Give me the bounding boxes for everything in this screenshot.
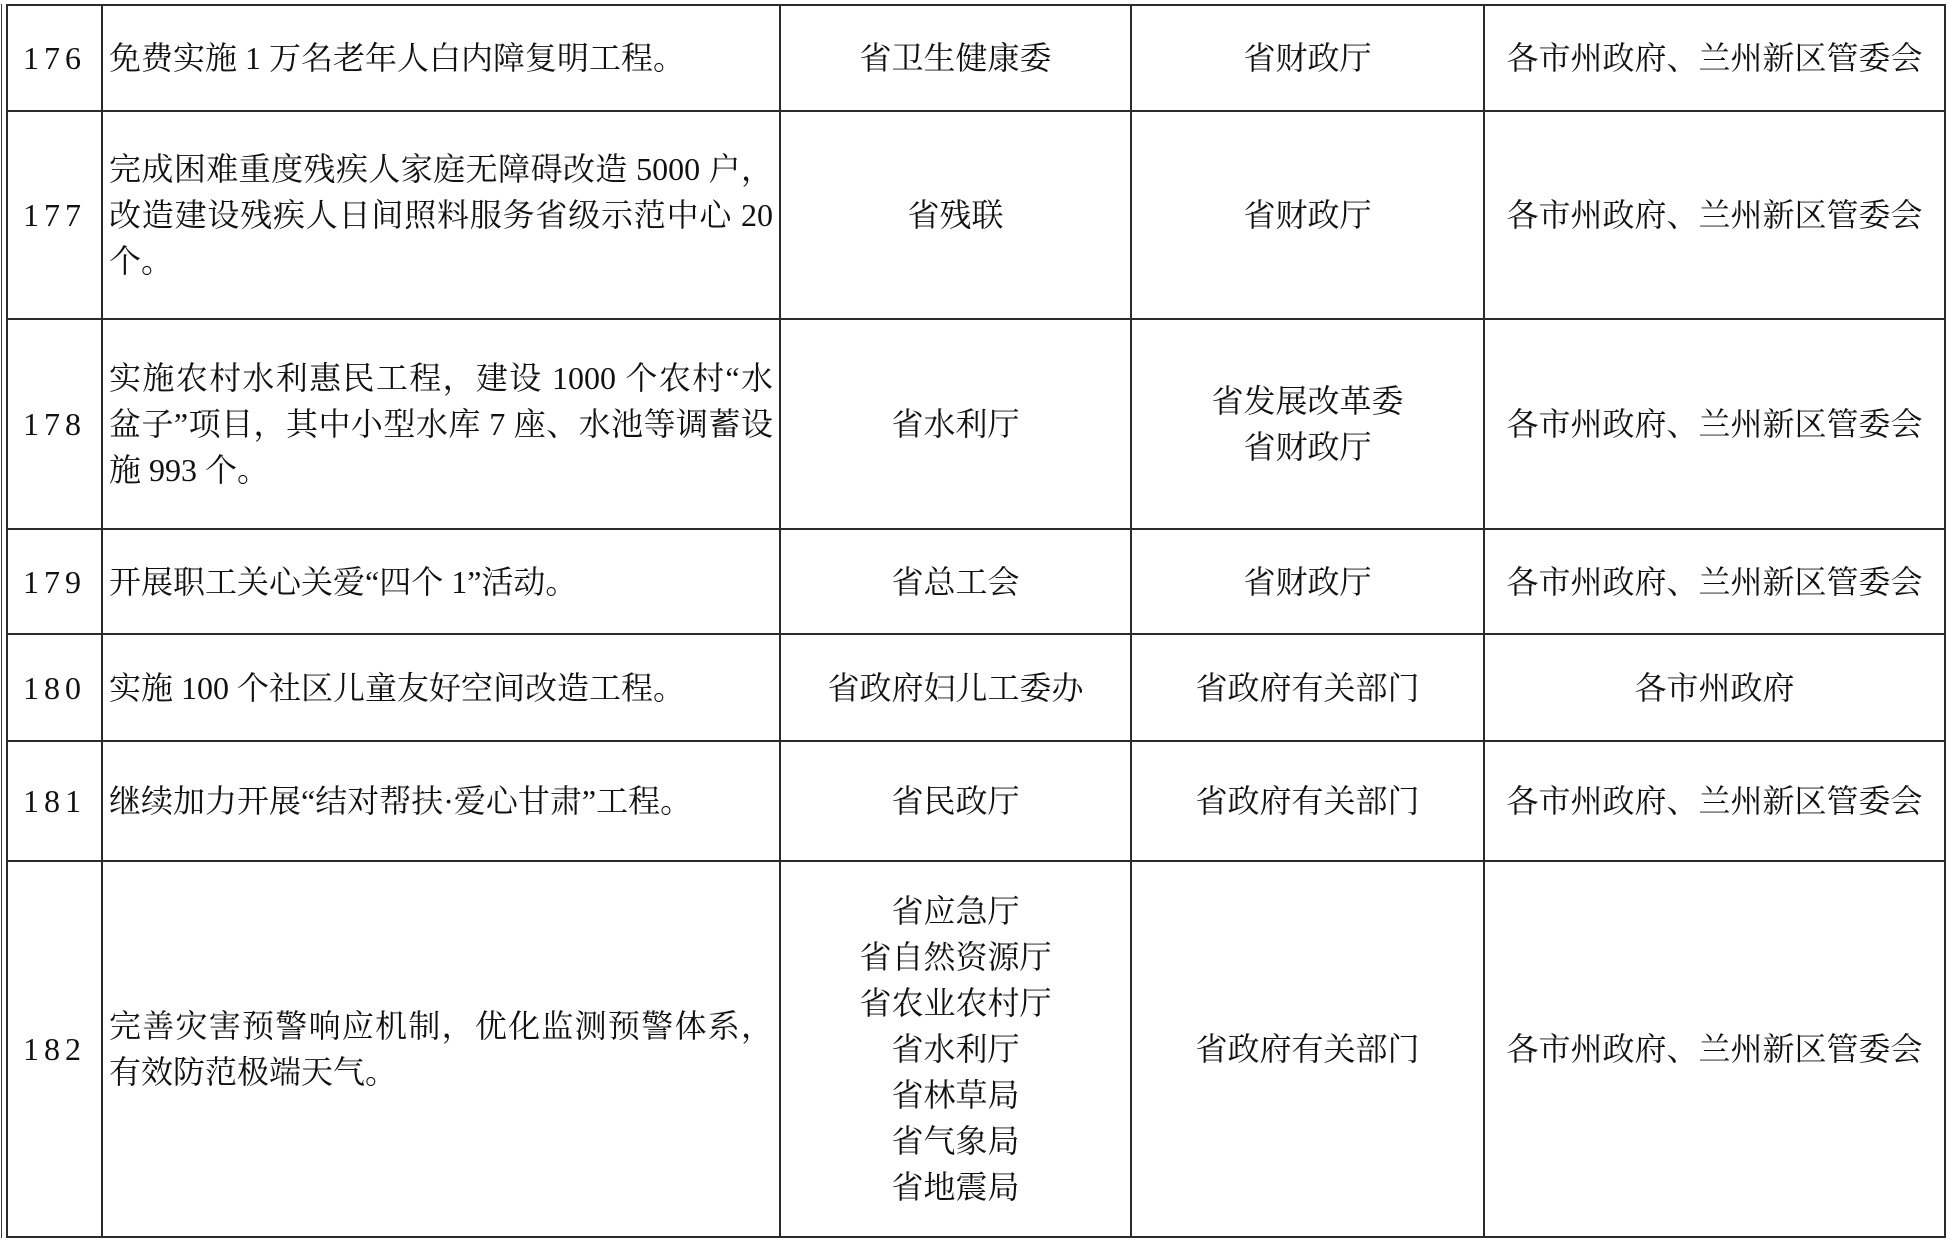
task-cell: 实施 100 个社区儿童友好空间改造工程。	[102, 634, 780, 741]
support-dept-cell: 省财政厅	[1131, 111, 1484, 319]
lead-dept-cell: 省政府妇儿工委办	[780, 634, 1131, 741]
support-dept-cell: 省政府有关部门	[1131, 741, 1484, 861]
lead-dept-cell: 省卫生健康委	[780, 5, 1131, 111]
implement-unit-cell: 各市州政府、兰州新区管委会	[1484, 319, 1945, 529]
support-dept-cell: 省发展改革委 省财政厅	[1131, 319, 1484, 529]
implement-unit-cell: 各市州政府、兰州新区管委会	[1484, 529, 1945, 634]
table-row: 176 免费实施 1 万名老年人白内障复明工程。 省卫生健康委 省财政厅 各市州…	[7, 5, 1945, 111]
lead-dept-cell: 省水利厅	[780, 319, 1131, 529]
support-dept-cell: 省政府有关部门	[1131, 861, 1484, 1237]
support-dept-cell: 省财政厅	[1131, 529, 1484, 634]
implement-unit-cell: 各市州政府、兰州新区管委会	[1484, 5, 1945, 111]
row-number-cell: 176	[7, 5, 102, 111]
table-outer-hairline	[1, 4, 2, 1238]
support-dept-cell: 省政府有关部门	[1131, 634, 1484, 741]
lead-dept-cell: 省民政厅	[780, 741, 1131, 861]
task-cell: 开展职工关心关爱“四个 1”活动。	[102, 529, 780, 634]
task-cell: 免费实施 1 万名老年人白内障复明工程。	[102, 5, 780, 111]
lead-dept-cell: 省应急厅 省自然资源厅 省农业农村厅 省水利厅 省林草局 省气象局 省地震局	[780, 861, 1131, 1237]
task-cell: 完善灾害预警响应机制，优化监测预警体系，有效防范极端天气。	[102, 861, 780, 1237]
action-plan-table: 176 免费实施 1 万名老年人白内障复明工程。 省卫生健康委 省财政厅 各市州…	[6, 4, 1946, 1238]
implement-unit-cell: 各市州政府、兰州新区管委会	[1484, 741, 1945, 861]
row-number-cell: 181	[7, 741, 102, 861]
document-page: 176 免费实施 1 万名老年人白内障复明工程。 省卫生健康委 省财政厅 各市州…	[0, 0, 1950, 1246]
table-row: 182 完善灾害预警响应机制，优化监测预警体系，有效防范极端天气。 省应急厅 省…	[7, 861, 1945, 1237]
lead-dept-cell: 省总工会	[780, 529, 1131, 634]
table-body: 176 免费实施 1 万名老年人白内障复明工程。 省卫生健康委 省财政厅 各市州…	[7, 5, 1945, 1237]
support-dept-cell: 省财政厅	[1131, 5, 1484, 111]
table-row: 177 完成困难重度残疾人家庭无障碍改造 5000 户，改造建设残疾人日间照料服…	[7, 111, 1945, 319]
task-cell: 完成困难重度残疾人家庭无障碍改造 5000 户，改造建设残疾人日间照料服务省级示…	[102, 111, 780, 319]
implement-unit-cell: 各市州政府	[1484, 634, 1945, 741]
table-row: 180 实施 100 个社区儿童友好空间改造工程。 省政府妇儿工委办 省政府有关…	[7, 634, 1945, 741]
lead-dept-cell: 省残联	[780, 111, 1131, 319]
implement-unit-cell: 各市州政府、兰州新区管委会	[1484, 861, 1945, 1237]
implement-unit-cell: 各市州政府、兰州新区管委会	[1484, 111, 1945, 319]
row-number-cell: 177	[7, 111, 102, 319]
row-number-cell: 180	[7, 634, 102, 741]
row-number-cell: 178	[7, 319, 102, 529]
table-row: 179 开展职工关心关爱“四个 1”活动。 省总工会 省财政厅 各市州政府、兰州…	[7, 529, 1945, 634]
table-row: 181 继续加力开展“结对帮扶·爱心甘肃”工程。 省民政厅 省政府有关部门 各市…	[7, 741, 1945, 861]
row-number-cell: 182	[7, 861, 102, 1237]
table-row: 178 实施农村水利惠民工程，建设 1000 个农村“水盆子”项目，其中小型水库…	[7, 319, 1945, 529]
task-cell: 继续加力开展“结对帮扶·爱心甘肃”工程。	[102, 741, 780, 861]
row-number-cell: 179	[7, 529, 102, 634]
task-cell: 实施农村水利惠民工程，建设 1000 个农村“水盆子”项目，其中小型水库 7 座…	[102, 319, 780, 529]
